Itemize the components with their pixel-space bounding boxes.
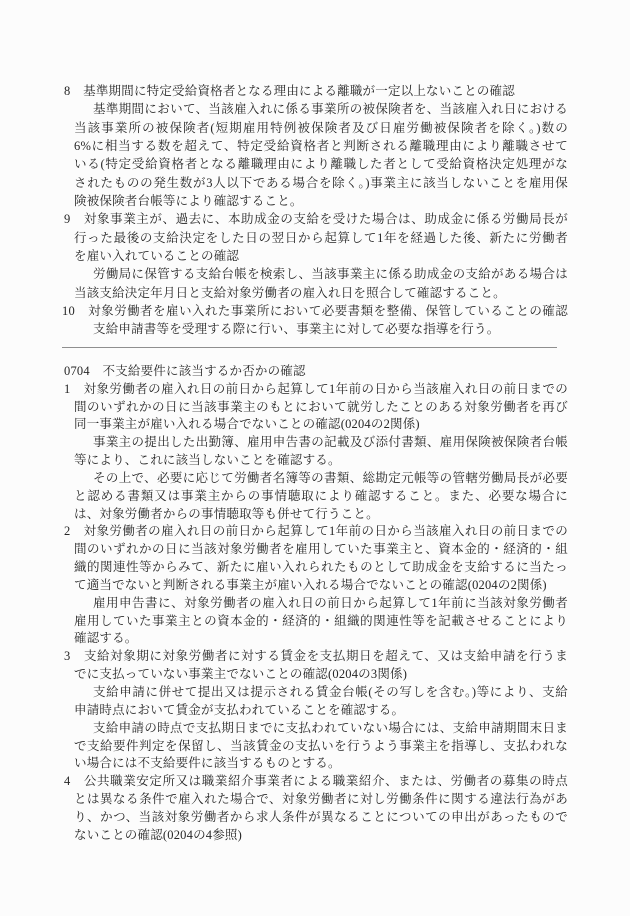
doc-line: 4 公共職業安定所又は職業紹介事業者による職業紹介、または、労働者の募集の時点 [64,773,568,791]
doc-line: で支給要件判定を保留し、当該賃金の支払いを行うよう事業主を指導し、支払われな [74,738,568,756]
doc-line: されたものの発生数が3人以下である場合を除く。)事業主に該当しないことを雇用保 [74,174,568,192]
doc-line: 2 対象労働者の雇入れ日の前日から起算して1年前の日から当該雇入れ日の前日までの [64,523,568,541]
doc-line: い場合には不支給要件に該当するものとする。 [74,755,568,773]
doc-line: 同一事業主が雇い入れる場合でないことの確認(0204の2関係) [74,416,568,434]
doc-line: 間のいずれかの日に当該対象労働者を雇用していた事業主と、資本金的・経済的・組 [74,541,568,559]
document-page: 8 基準期間に特定受給資格者となる理由による離職が一定以上ないことの確認 基準期… [0,0,630,916]
doc-line: り、かつ、当該対象労働者から求人条件が異なることについての申出があったもので [74,809,568,827]
doc-line: その上で、必要に応じて労働者名簿等の書類、総勘定元帳等の管轄労働局長が必要 [93,470,568,488]
doc-line: 雇用していた事業主との資本金的・経済的・組織的関連性等を記載させることにより [74,613,568,631]
doc-line: は、対象労働者からの事情聴取等も併せて行うこと。 [74,506,568,524]
doc-line: 確認する。 [74,630,568,648]
doc-line: 支給申請に併せて提出又は提示される賃金台帳(その写しを含む。)等により、支給 [93,684,568,702]
doc-line: 当該支給決定年月日と支給対象労働者の雇入れ日を照合して確認すること。 [74,284,568,302]
doc-line: 1 対象労働者の雇入れ日の前日から起算して1年前の日から当該雇入れ日の前日までの [64,381,568,399]
doc-line: 支給申請書等を受理する際に行い、事業主に対して必要な指導を行う。 [93,320,568,338]
doc-line: 等により、これに該当しないことを確認する。 [74,452,568,470]
doc-line: 労働局に保管する支給台帳を検索し、当該事業主に係る助成金の支給がある場合は [93,265,568,283]
upper-section: 8 基準期間に特定受給資格者となる理由による離職が一定以上ないことの確認 基準期… [0,82,630,339]
doc-line: て適当でないと判断される事業主が雇い入れる場合でないことの確認(0204の2関係… [74,577,568,595]
doc-line: 事業主の提出した出勤簿、雇用申告書の記載及び添付書類、雇用保険被保険者台帳 [93,434,568,452]
doc-line: でに支払っていない事業主でないことの確認(0204の3関係) [74,666,568,684]
doc-line: とは異なる条件で雇入れた場合で、対象労働者に対し労働条件に関する違法行為があ [74,791,568,809]
doc-line: 当該事業所の被保険者(短期雇用特例被保険者及び日雇労働被保険者を除く。)数の [74,119,568,137]
doc-line: 支給申請の時点で支払期日までに支払われていない場合には、支給申請期間末日ま [93,720,568,738]
doc-line: 9 対象事業主が、過去に、本助成金の支給を受けた場合は、助成金に係る労働局長が [64,210,568,228]
doc-line: 申請時点において賃金が支払われていることを確認する。 [74,702,568,720]
doc-line: 基準期間において、当該雇入れに係る事業所の被保険者を、当該雇入れ日における [93,100,568,118]
divider-rule [62,347,557,349]
doc-line: いる(特定受給資格者となる離職理由により離職した者として受給資格決定処理がな [74,155,568,173]
doc-line: 6%に相当する数を超えて、特定受給資格者と判断される離職理由により離職させて [74,137,568,155]
doc-line: 険被保険者台帳等により確認すること。 [74,192,568,210]
doc-line: 間のいずれかの日に当該事業主のもとにおいて就労したことのある対象労働者を再び [74,399,568,417]
doc-line: 10 対象労働者を雇い入れた事業所において必要書類を整備、保管していることの確認 [62,302,568,320]
doc-line: 行った最後の支給決定をした日の翌日から起算して1年を経過した後、新たに労働者 [74,229,568,247]
section-divider [0,347,630,363]
doc-line: を雇い入れていることの確認 [74,247,568,265]
doc-line: 雇用申告書に、対象労働者の雇入れ日の前日から起算して1年前に当該対象労働者を [93,595,568,613]
doc-line: と認める書類又は事業主からの事情聴取により確認すること。また、必要な場合に [74,488,568,506]
doc-line: ないことの確認(0204の4参照) [74,827,568,845]
lower-section: 0704 不支給要件に該当するか否かの確認 1 対象労働者の雇入れ日の前日から起… [0,363,630,845]
doc-line: 3 支給対象期に対象労働者に対する賃金を支払期日を超えて、又は支給申請を行うま [64,648,568,666]
doc-line: 8 基準期間に特定受給資格者となる理由による離職が一定以上ないことの確認 [64,82,568,100]
doc-line: 織的関連性等からみて、新たに雇い入れられたものとして助成金を支給するに当たっ [74,559,568,577]
doc-line: 0704 不支給要件に該当するか否かの確認 [64,363,568,381]
